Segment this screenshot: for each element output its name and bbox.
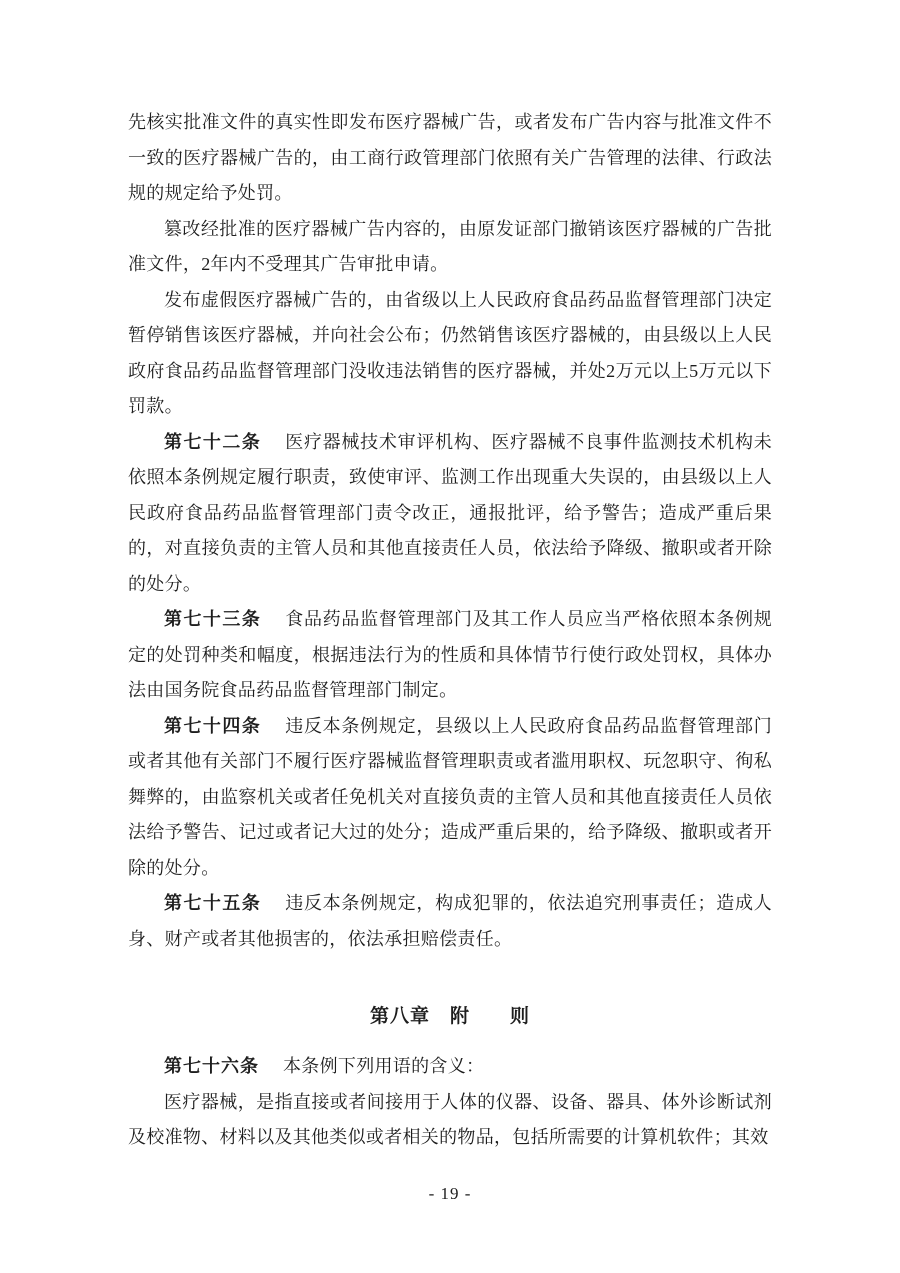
article-75-paragraph: 第七十五条违反本条例规定，构成犯罪的，依法追究刑事责任；造成人身、财产或者其他损… [128,886,772,957]
document-page: 先核实批准文件的真实性即发布医疗器械广告，或者发布广告内容与批准文件不一致的医疗… [0,0,900,1273]
article-number: 第七十六条 [164,1056,259,1076]
article-number: 第七十二条 [164,432,261,452]
article-74-paragraph: 第七十四条违反本条例规定，县级以上人民政府食品药品监督管理部门或者其他有关部门不… [128,709,772,887]
body-text-block: 先核实批准文件的真实性即发布医疗器械广告，或者发布广告内容与批准文件不一致的医疗… [128,105,772,957]
page-number: - 19 - [128,1182,772,1206]
chapter-heading: 第八章 附 则 [128,999,772,1035]
article-72-paragraph: 第七十二条医疗器械技术审评机构、医疗器械不良事件监测技术机构未依照本条例规定履行… [128,425,772,603]
continuation-paragraph: 先核实批准文件的真实性即发布医疗器械广告，或者发布广告内容与批准文件不一致的医疗… [128,105,772,212]
paragraph-text: 违反本条例规定，县级以上人民政府食品药品监督管理部门或者其他有关部门不履行医疗器… [128,716,772,878]
chapter-body-block: 第七十六条本条例下列用语的含义： 医疗器械，是指直接或者间接用于人体的仪器、设备… [128,1049,772,1156]
paragraph-text: 医疗器械，是指直接或者间接用于人体的仪器、设备、器具、体外诊断试剂及校准物、材料… [128,1092,772,1148]
definition-paragraph: 医疗器械，是指直接或者间接用于人体的仪器、设备、器具、体外诊断试剂及校准物、材料… [128,1085,772,1156]
paragraph-text: 篡改经批准的医疗器械广告内容的，由原发证部门撤销该医疗器械的广告批准文件，2年内… [128,219,772,275]
article-73-paragraph: 第七十三条食品药品监督管理部门及其工作人员应当严格依照本条例规定的处罚种类和幅度… [128,602,772,709]
article-number: 第七十五条 [164,893,261,913]
paragraph-false-advertising: 发布虚假医疗器械广告的，由省级以上人民政府食品药品监督管理部门决定暂停销售该医疗… [128,283,772,425]
paragraph-text: 发布虚假医疗器械广告的，由省级以上人民政府食品药品监督管理部门决定暂停销售该医疗… [128,290,772,417]
paragraph-text: 医疗器械技术审评机构、医疗器械不良事件监测技术机构未依照本条例规定履行职责，致使… [128,432,772,594]
article-number: 第七十四条 [164,716,261,736]
paragraph-advert-tampering: 篡改经批准的医疗器械广告内容的，由原发证部门撤销该医疗器械的广告批准文件，2年内… [128,212,772,283]
article-number: 第七十三条 [164,609,261,629]
article-76-paragraph: 第七十六条本条例下列用语的含义： [128,1049,772,1085]
paragraph-text: 本条例下列用语的含义： [283,1056,484,1076]
paragraph-text: 先核实批准文件的真实性即发布医疗器械广告，或者发布广告内容与批准文件不一致的医疗… [128,112,772,203]
